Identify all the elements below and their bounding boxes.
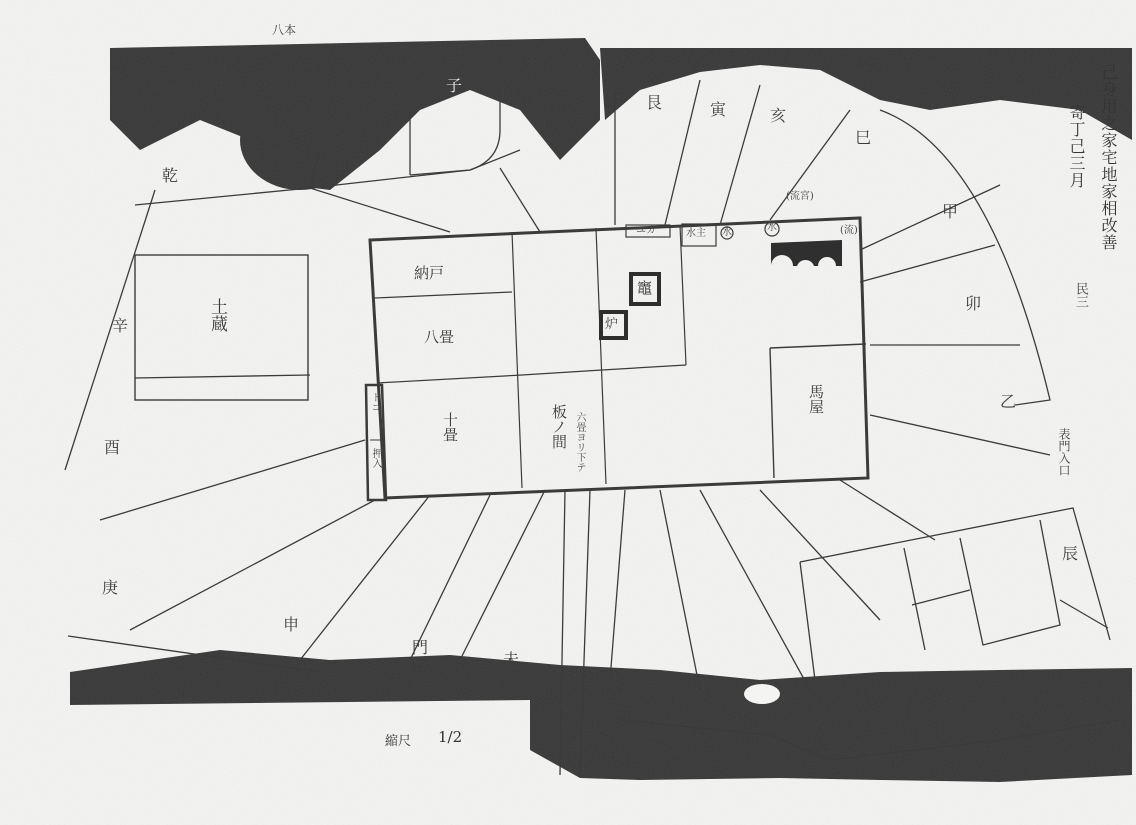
hearth-label: 竈 (637, 281, 652, 296)
direction-u: 卯 (965, 296, 981, 312)
yokan-label: ユカ (636, 226, 656, 236)
author-mark: 民三 (1074, 282, 1087, 308)
gate-label: 門 (412, 640, 428, 656)
direction-kinoto: 乙 (1000, 394, 1016, 410)
direction-ne: 子 (446, 78, 462, 94)
top-margin-note: 八本 (272, 24, 296, 36)
direction-ushi: 丑 (518, 95, 534, 111)
toilet-label: トコ (369, 392, 379, 412)
water-mark-1: 水 (722, 228, 732, 238)
direction-tori: 酉 (104, 440, 120, 456)
front-gate-label: 表門入口 (1058, 428, 1070, 476)
direction-gon: 艮 (646, 95, 662, 111)
direction-tora: 寅 (710, 102, 726, 118)
room-wood-floor: 板ノ間 (551, 404, 566, 449)
drain-note: (流) (840, 226, 858, 236)
room-storehouse: 土蔵 (208, 298, 225, 332)
direction-inui: 乾 (162, 168, 178, 184)
direction-hitsuji: 未 (503, 652, 519, 668)
direction-kan: 亥 (770, 108, 786, 124)
scale-value: 1/2 (438, 730, 462, 745)
floor-plan-drawing (0, 0, 1136, 825)
room-10mat: 十畳 (442, 412, 457, 442)
document-title: 己身用之家宅地家相改善 (1100, 64, 1116, 251)
direction-ka: 庚 (102, 580, 118, 596)
direction-saru: 申 (283, 617, 299, 633)
furnace-label: 炉 (605, 318, 618, 331)
direction-min: 巳 (855, 130, 871, 146)
scale-label: 縮尺 (385, 735, 411, 748)
floor-note: 六畳ヨリ下テ (574, 412, 584, 472)
document-date: 寄丁己三月 (1068, 104, 1084, 189)
water-mark-2: 水 (767, 223, 777, 233)
room-8mat: 八畳 (424, 330, 454, 345)
room-closet: 納戸 (414, 266, 444, 281)
direction-shin: 辛 (112, 318, 128, 334)
direction-tatsumi: 辰 (1062, 546, 1078, 562)
floor-plan-document: 己身用之家宅地家相改善 寄丁己三月 民三 八本 縮尺 1/2 土蔵 納戸 八畳 … (0, 0, 1136, 825)
room-stable: 馬屋 (808, 384, 823, 414)
drain-note-2: (流宮) (786, 192, 814, 202)
direction-kinoe: 甲 (942, 204, 958, 220)
water-bar-label: 水主 (686, 229, 706, 239)
oshiire-label: 押入 (370, 448, 380, 468)
